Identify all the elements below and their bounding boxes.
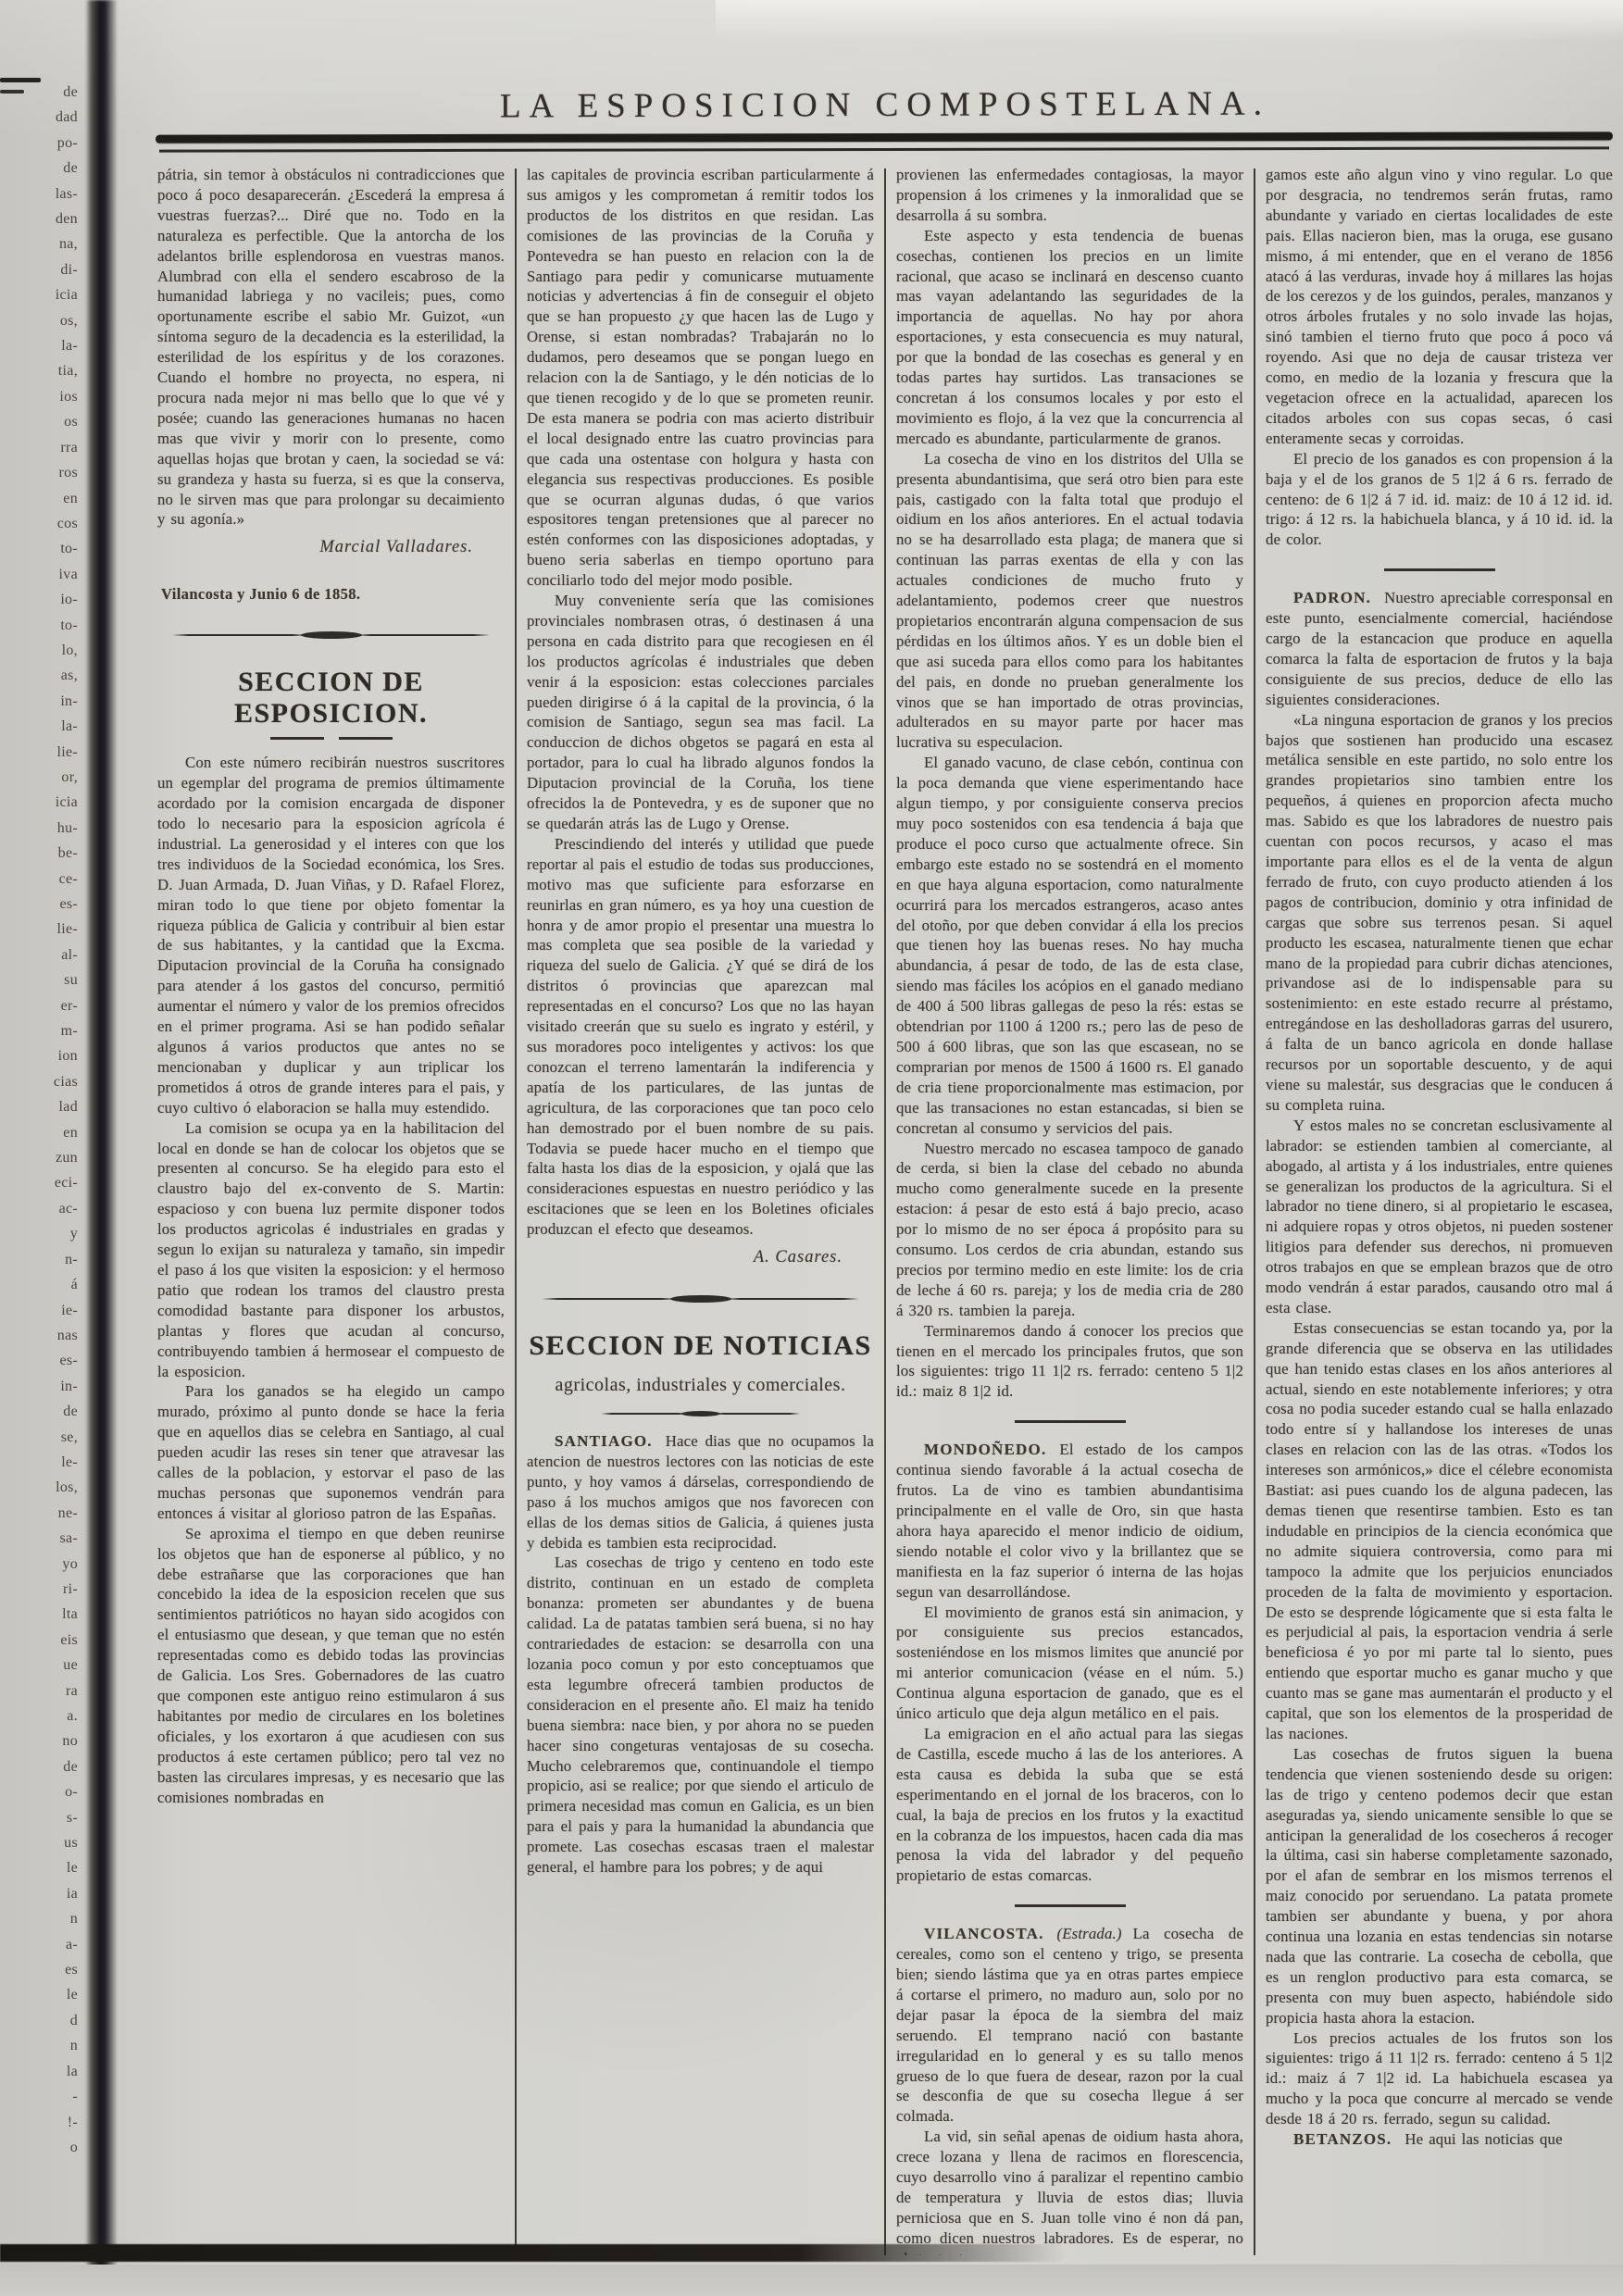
margin-text-fragment: le-	[9, 1450, 78, 1475]
margin-text-fragment: s-	[9, 1805, 78, 1830]
article-paragraph: provienen las enfermedades contagiosas, …	[896, 165, 1243, 226]
margin-text-fragment: en	[9, 486, 78, 511]
scan-bottom-margin	[0, 2265, 1623, 2296]
location-lead-subname: (Estrada.)	[1057, 1925, 1122, 1942]
article-paragraph: La emigracion en el año actual para las …	[896, 1724, 1243, 1886]
margin-text-fragment: m-	[9, 1018, 78, 1043]
news-item-text: Hace dias que no ocupamos la atencion de…	[527, 1432, 874, 1552]
news-item-paragraph: SANTIAGO.Hace dias que no ocupamos la at…	[527, 1431, 874, 1553]
article-paragraph: «La ninguna esportacion de granos y los …	[1266, 710, 1613, 1116]
scanned-newspaper-page: dedadpo-delas-denna,di-iciaos,la-tia,ios…	[0, 0, 1623, 2296]
margin-text-fragment: lta	[9, 1602, 78, 1627]
margin-text-fragment: -	[9, 2084, 78, 2109]
margin-text-fragment: la	[9, 2059, 78, 2084]
margin-text-fragment: n-	[9, 1247, 78, 1272]
margin-text-fragment: ac-	[9, 1196, 78, 1221]
column-area: pátria, sin temor à obstáculos ni contra…	[157, 165, 1613, 2255]
margin-text-fragment: de	[9, 1399, 78, 1424]
column-rule	[1254, 168, 1255, 2255]
margin-text-fragment: cias	[9, 1069, 78, 1094]
margin-text-fragment: o-	[9, 1779, 78, 1804]
article-paragraph: Se aproxima el tiempo en que deben reuni…	[157, 1524, 505, 1808]
news-item-text: La cosecha de cereales, como son el cent…	[896, 1925, 1243, 2125]
margin-text-fragment: nas	[9, 1323, 78, 1348]
margin-text-fragment: al-	[9, 942, 78, 967]
margin-text-fragment: lad	[9, 1094, 78, 1119]
margin-text-fragment: ia	[9, 1881, 78, 1906]
location-lead: PADRON.	[1293, 589, 1371, 606]
location-lead: BETANZOS.	[1293, 2130, 1392, 2148]
margin-text-fragment: le	[9, 1855, 78, 1880]
divider-line	[601, 1413, 689, 1415]
margin-text-fragment: io-	[9, 587, 78, 612]
article-paragraph: Estas consecuencias se estan tocando ya,…	[1266, 1318, 1613, 1744]
newspaper-column-4: gamos este año algun vino y vino regular…	[1266, 165, 1613, 2255]
article-paragraph: La cosecha de vino en los distritos del …	[896, 449, 1243, 754]
newspaper-column-3: provienen las enfermedades contagiosas, …	[896, 165, 1243, 2255]
margin-text-fragment: los,	[9, 1475, 78, 1500]
divider-line	[713, 1413, 801, 1415]
margin-text-fragment: lie-	[9, 917, 78, 942]
newspaper-column-2: las capitales de provincia escriban part…	[527, 165, 874, 2255]
article-paragraph: El ganado vacuno, de clase cebón, contin…	[896, 753, 1243, 1138]
margin-text-fragment: de	[9, 156, 78, 181]
margin-text-fragment: a-	[9, 1932, 78, 1957]
swelled-rule-divider	[601, 1411, 800, 1416]
article-paragraph: Para los ganados se ha elegido un campo …	[157, 1381, 505, 1523]
newspaper-masthead: LA ESPOSICION COMPOSTELANA.	[157, 82, 1613, 127]
news-item-paragraph: BETANZOS.He aqui las noticias que	[1266, 2129, 1613, 2150]
article-paragraph: Muy conveniente sería que las comisiones…	[527, 591, 874, 834]
margin-text-fragment: yo	[9, 1552, 78, 1577]
heading-underline	[270, 737, 393, 740]
margin-text-fragment: ra	[9, 1678, 78, 1703]
margin-text-fragment: y	[9, 1221, 78, 1246]
article-paragraph: pátria, sin temor à obstáculos ni contra…	[157, 165, 505, 530]
margin-text-fragment: en	[9, 1120, 78, 1145]
section-heading-block: SECCION DE NOTICIAS	[527, 1330, 874, 1362]
article-paragraph: El movimiento de granos está sin animaci…	[896, 1603, 1243, 1724]
margin-text-fragment: ie-	[9, 1298, 78, 1323]
swelled-rule-divider	[542, 1295, 859, 1303]
margin-text-fragment: eci-	[9, 1170, 78, 1195]
margin-text-fragment: de	[9, 1754, 78, 1779]
margin-text-fragment: rra	[9, 435, 78, 460]
column-rule	[515, 168, 517, 2255]
article-paragraph: El precio de los ganados es con propensi…	[1266, 449, 1613, 551]
article-paragraph: La comision se ocupa ya en la habilitaci…	[157, 1118, 505, 1382]
margin-text-fragment: icia	[9, 790, 78, 815]
news-item-text: El estado de los campos continua siendo …	[896, 1441, 1243, 1600]
article-paragraph: Nuestro mercado no escasea tampoco de ga…	[896, 1139, 1243, 1321]
margin-text-fragment: a.	[9, 1703, 78, 1728]
margin-text-fragment: ion	[9, 1043, 78, 1068]
margin-text-fragment: hu-	[9, 816, 78, 841]
margin-text-fragment: su	[9, 967, 78, 992]
margin-text-fragment: iva	[9, 562, 78, 587]
margin-text-fragment: ios	[9, 384, 78, 409]
masthead-rule-thin	[159, 146, 1609, 152]
margin-text-fragment: !-	[9, 2110, 78, 2135]
margin-text-fragment: n	[9, 2033, 78, 2058]
margin-text-fragment: dad	[9, 105, 78, 130]
margin-text-fragment: ce-	[9, 867, 78, 892]
plain-rule-divider	[1015, 1420, 1126, 1423]
signature: A. Casares.	[527, 1248, 843, 1267]
column-rule	[884, 168, 886, 2255]
news-item-text: He aqui las noticias que	[1405, 2130, 1562, 2148]
margin-text-fragment: es-	[9, 1348, 78, 1373]
article-paragraph: Prescindiendo del interés y utilidad que…	[527, 834, 874, 1240]
margin-text-fragment: cos	[9, 511, 78, 536]
margin-text-fragment: eis	[9, 1628, 78, 1653]
margin-text-fragment: us	[9, 1830, 78, 1855]
margin-text-fragment: d	[9, 2008, 78, 2033]
plain-rule-divider	[1015, 1904, 1126, 1907]
margin-text-fragment: le	[9, 1982, 78, 2007]
article-paragraph: Los precios actuales de los frutos son l…	[1266, 2028, 1613, 2130]
location-lead: SANTIAGO.	[555, 1432, 653, 1450]
margin-text-fragment: di-	[9, 257, 78, 282]
margin-text-fragment: to-	[9, 536, 78, 561]
article-paragraph: Las cosechas de trigo y centeno en todo …	[527, 1553, 874, 1878]
news-item-paragraph: MONDOÑEDO.El estado de los campos contin…	[896, 1440, 1243, 1602]
margin-text-fragment: as,	[9, 663, 78, 688]
margin-text-fragment: las-	[9, 181, 78, 206]
margin-text-fragment: den	[9, 206, 78, 231]
masthead-rule-thick	[156, 131, 1613, 143]
margin-text-fragment: ue	[9, 1653, 78, 1678]
margin-text-fragment: os	[9, 409, 78, 434]
margin-text-fragment: in-	[9, 689, 78, 714]
divider-line	[355, 634, 491, 636]
margin-text-fragment: po-	[9, 131, 78, 156]
article-paragraph: Con este número recibirán nuestros suscr…	[157, 753, 505, 1117]
newspaper-column-1: pátria, sin temor à obstáculos ni contra…	[157, 165, 505, 2255]
divider-line	[542, 1298, 678, 1300]
margin-text-fragment: sa-	[9, 1526, 78, 1551]
margin-text-fragment: na,	[9, 231, 78, 256]
margin-text-fragment: es	[9, 1957, 78, 1982]
margin-text-fragment: de	[9, 80, 78, 105]
margin-text-fragments: dedadpo-delas-denna,di-iciaos,la-tia,ios…	[9, 80, 78, 2160]
divider-ornament	[681, 1411, 720, 1416]
margin-text-fragment: er-	[9, 993, 78, 1018]
margin-text-fragment: zun	[9, 1145, 78, 1170]
location-lead: VILANCOSTA.	[924, 1925, 1044, 1942]
margin-text-fragment: in-	[9, 1374, 78, 1399]
section-heading: SECCION DE NOTICIAS	[527, 1330, 874, 1362]
margin-text-fragment: icia	[9, 282, 78, 307]
news-item-paragraph: VILANCOSTA.(Estrada.)La cosecha de cerea…	[896, 1924, 1243, 2127]
margin-text-fragment: o	[9, 2135, 78, 2160]
margin-text-fragment: tia,	[9, 358, 78, 383]
swelled-rule-divider	[172, 631, 490, 639]
article-paragraph: las capitales de provincia escriban part…	[527, 165, 874, 591]
margin-text-fragment: la-	[9, 714, 78, 739]
article-paragraph: Las cosechas de frutos siguen la buena t…	[1266, 1744, 1613, 2028]
dateline: Vilancosta y Junio 6 de 1858.	[161, 585, 505, 604]
plain-rule-divider	[1384, 568, 1495, 571]
margin-text-fragment: lo,	[9, 638, 78, 663]
margin-text-fragment: ros	[9, 460, 78, 485]
location-lead: MONDOÑEDO.	[924, 1441, 1046, 1458]
article-paragraph: La vid, sin señal apenas de oidium hasta…	[896, 2127, 1243, 2255]
article-paragraph: Este aspecto y esta tendencia de buenas …	[896, 226, 1243, 449]
book-gutter-shadow	[85, 0, 117, 2296]
margin-text-fragment: á	[9, 1272, 78, 1297]
margin-text-fragment: os,	[9, 308, 78, 333]
scan-page-edge	[716, 0, 1623, 41]
margin-text-fragment: n	[9, 1906, 78, 1931]
section-subtitle: agricolas, industriales y comerciales.	[527, 1375, 874, 1396]
article-paragraph: Terminaremos dando á conocer los precios…	[896, 1321, 1243, 1403]
margin-text-fragment: ri-	[9, 1577, 78, 1602]
margin-text-fragment: ne-	[9, 1501, 78, 1526]
section-heading-block: SECCION DE ESPOSICION.	[157, 667, 505, 740]
article-paragraph: Y estos males no se concretan esclusivam…	[1266, 1116, 1613, 1318]
margin-text-fragment: be-	[9, 841, 78, 866]
margin-text-fragment: lie-	[9, 740, 78, 765]
divider-line	[172, 634, 308, 636]
signature: Marcial Valladares.	[157, 538, 473, 557]
margin-text-fragment: la-	[9, 333, 78, 358]
divider-ornament	[670, 1295, 731, 1303]
divider-line	[724, 1298, 860, 1300]
margin-text-fragment: es-	[9, 892, 78, 917]
margin-text-fragment: to-	[9, 613, 78, 638]
section-heading: SECCION DE ESPOSICION.	[157, 667, 505, 730]
margin-text-fragment: no	[9, 1728, 78, 1753]
divider-ornament	[301, 631, 362, 639]
scan-bottom-edge	[0, 2244, 1065, 2262]
news-item-text: Nuestro apreciable corresponsal en este …	[1266, 589, 1613, 708]
news-item-paragraph: PADRON.Nuestro apreciable corresponsal e…	[1266, 588, 1613, 709]
margin-text-fragment: se,	[9, 1425, 78, 1450]
margin-text-fragment: or,	[9, 765, 78, 790]
article-paragraph: gamos este año algun vino y vino regular…	[1266, 165, 1613, 449]
